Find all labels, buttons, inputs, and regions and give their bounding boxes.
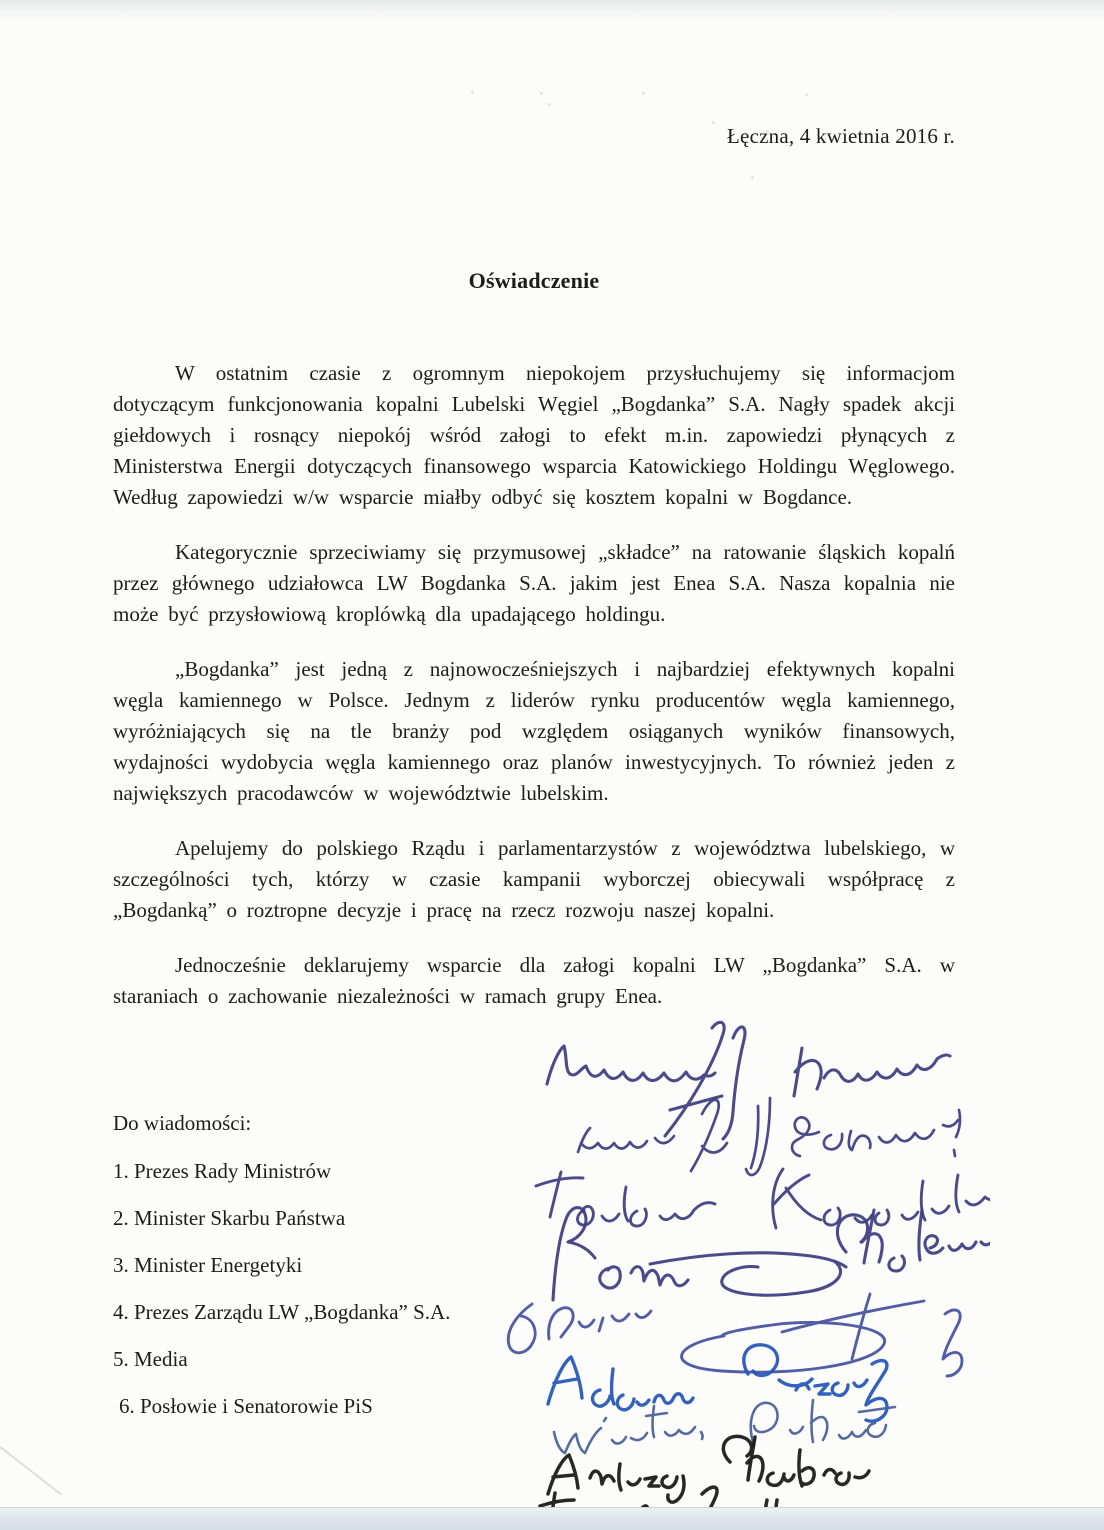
scanned-document-page: Łęczna, 4 kwietnia 2016 r. Oświadczenie … — [0, 0, 1104, 1530]
scan-speck — [642, 92, 645, 95]
signature-stroke — [794, 1048, 950, 1096]
signature-stroke — [943, 1310, 962, 1376]
signature-stroke — [600, 1267, 688, 1288]
scan-speck — [548, 103, 551, 106]
scan-bottom-edge — [0, 1507, 1104, 1530]
paragraph-1: W ostatnim czasie z ogromnym niepokojem … — [113, 358, 955, 513]
signature-stroke — [612, 1406, 703, 1444]
signature-stroke — [837, 1210, 990, 1271]
signature-stroke — [723, 1436, 869, 1486]
distribution-item-5: 5. Media — [113, 1344, 450, 1374]
signature-stroke — [547, 1046, 715, 1084]
dateline: Łęczna, 4 kwietnia 2016 r. — [113, 124, 955, 149]
scan-speck — [751, 176, 754, 179]
signature-8 — [548, 1436, 869, 1502]
signature-stroke — [744, 1345, 812, 1386]
signature-stroke — [548, 1357, 582, 1404]
distribution-heading: Do wiadomości: — [113, 1108, 450, 1138]
scan-speck — [540, 92, 543, 95]
distribution-item-3: 3. Minister Energetyki — [113, 1250, 450, 1280]
signature-stroke — [954, 1110, 960, 1156]
signature-stroke — [548, 1455, 578, 1494]
signature-stroke — [508, 1304, 651, 1353]
signature-stroke — [554, 1418, 606, 1453]
signature-stroke — [746, 1098, 770, 1175]
distribution-item-4: 4. Prezes Zarządu LW „Bogdanka” S.A. — [113, 1297, 450, 1327]
scan-crease-mark — [0, 1446, 62, 1496]
signature-stroke — [792, 1117, 958, 1156]
signature-stroke — [578, 1128, 674, 1152]
paragraph-5: Jednocześnie deklarujemy wsparcie dla za… — [113, 950, 955, 1012]
signature-stroke — [723, 1027, 745, 1139]
signature-2 — [578, 1098, 960, 1175]
signature-stroke — [593, 1369, 693, 1410]
distribution-item-6: 6. Posłowie i Senatorowie PiS — [113, 1391, 450, 1421]
signature-stroke — [773, 1169, 821, 1228]
paragraph-3: „Bogdanka” jest jedną z najnowocześniejs… — [113, 654, 955, 809]
signature-5 — [508, 1294, 962, 1376]
signature-stroke — [824, 1175, 990, 1225]
signature-stroke — [590, 1464, 684, 1502]
signature-4 — [553, 1208, 990, 1300]
distribution-list: Do wiadomości: 1. Prezes Rady Ministrów … — [113, 1108, 450, 1421]
signature-stroke — [670, 1096, 722, 1110]
document-title: Oświadczenie — [113, 268, 955, 294]
signature-stroke — [553, 1208, 595, 1300]
scan-speck — [805, 93, 808, 96]
paragraph-2: Kategorycznie sprzeciwiamy się przymusow… — [113, 537, 955, 630]
scan-top-edge — [0, 0, 1104, 26]
signature-stroke — [691, 1100, 727, 1171]
signature-stroke — [577, 1187, 715, 1226]
document-body: W ostatnim czasie z ogromnym niepokojem … — [113, 358, 955, 1036]
distribution-item-1: 1. Prezes Rady Ministrów — [113, 1156, 450, 1186]
scan-speck — [471, 91, 474, 94]
paragraph-4: Apelujemy do polskiego Rządu i parlament… — [113, 833, 955, 926]
distribution-item-2: 2. Minister Skarbu Państwa — [113, 1203, 450, 1233]
signature-stroke — [536, 1172, 583, 1217]
signature-6 — [548, 1345, 887, 1421]
signature-block — [490, 1012, 990, 1530]
signature-1 — [547, 1022, 950, 1139]
signature-stroke — [650, 1253, 846, 1295]
signature-stroke — [866, 1361, 887, 1422]
